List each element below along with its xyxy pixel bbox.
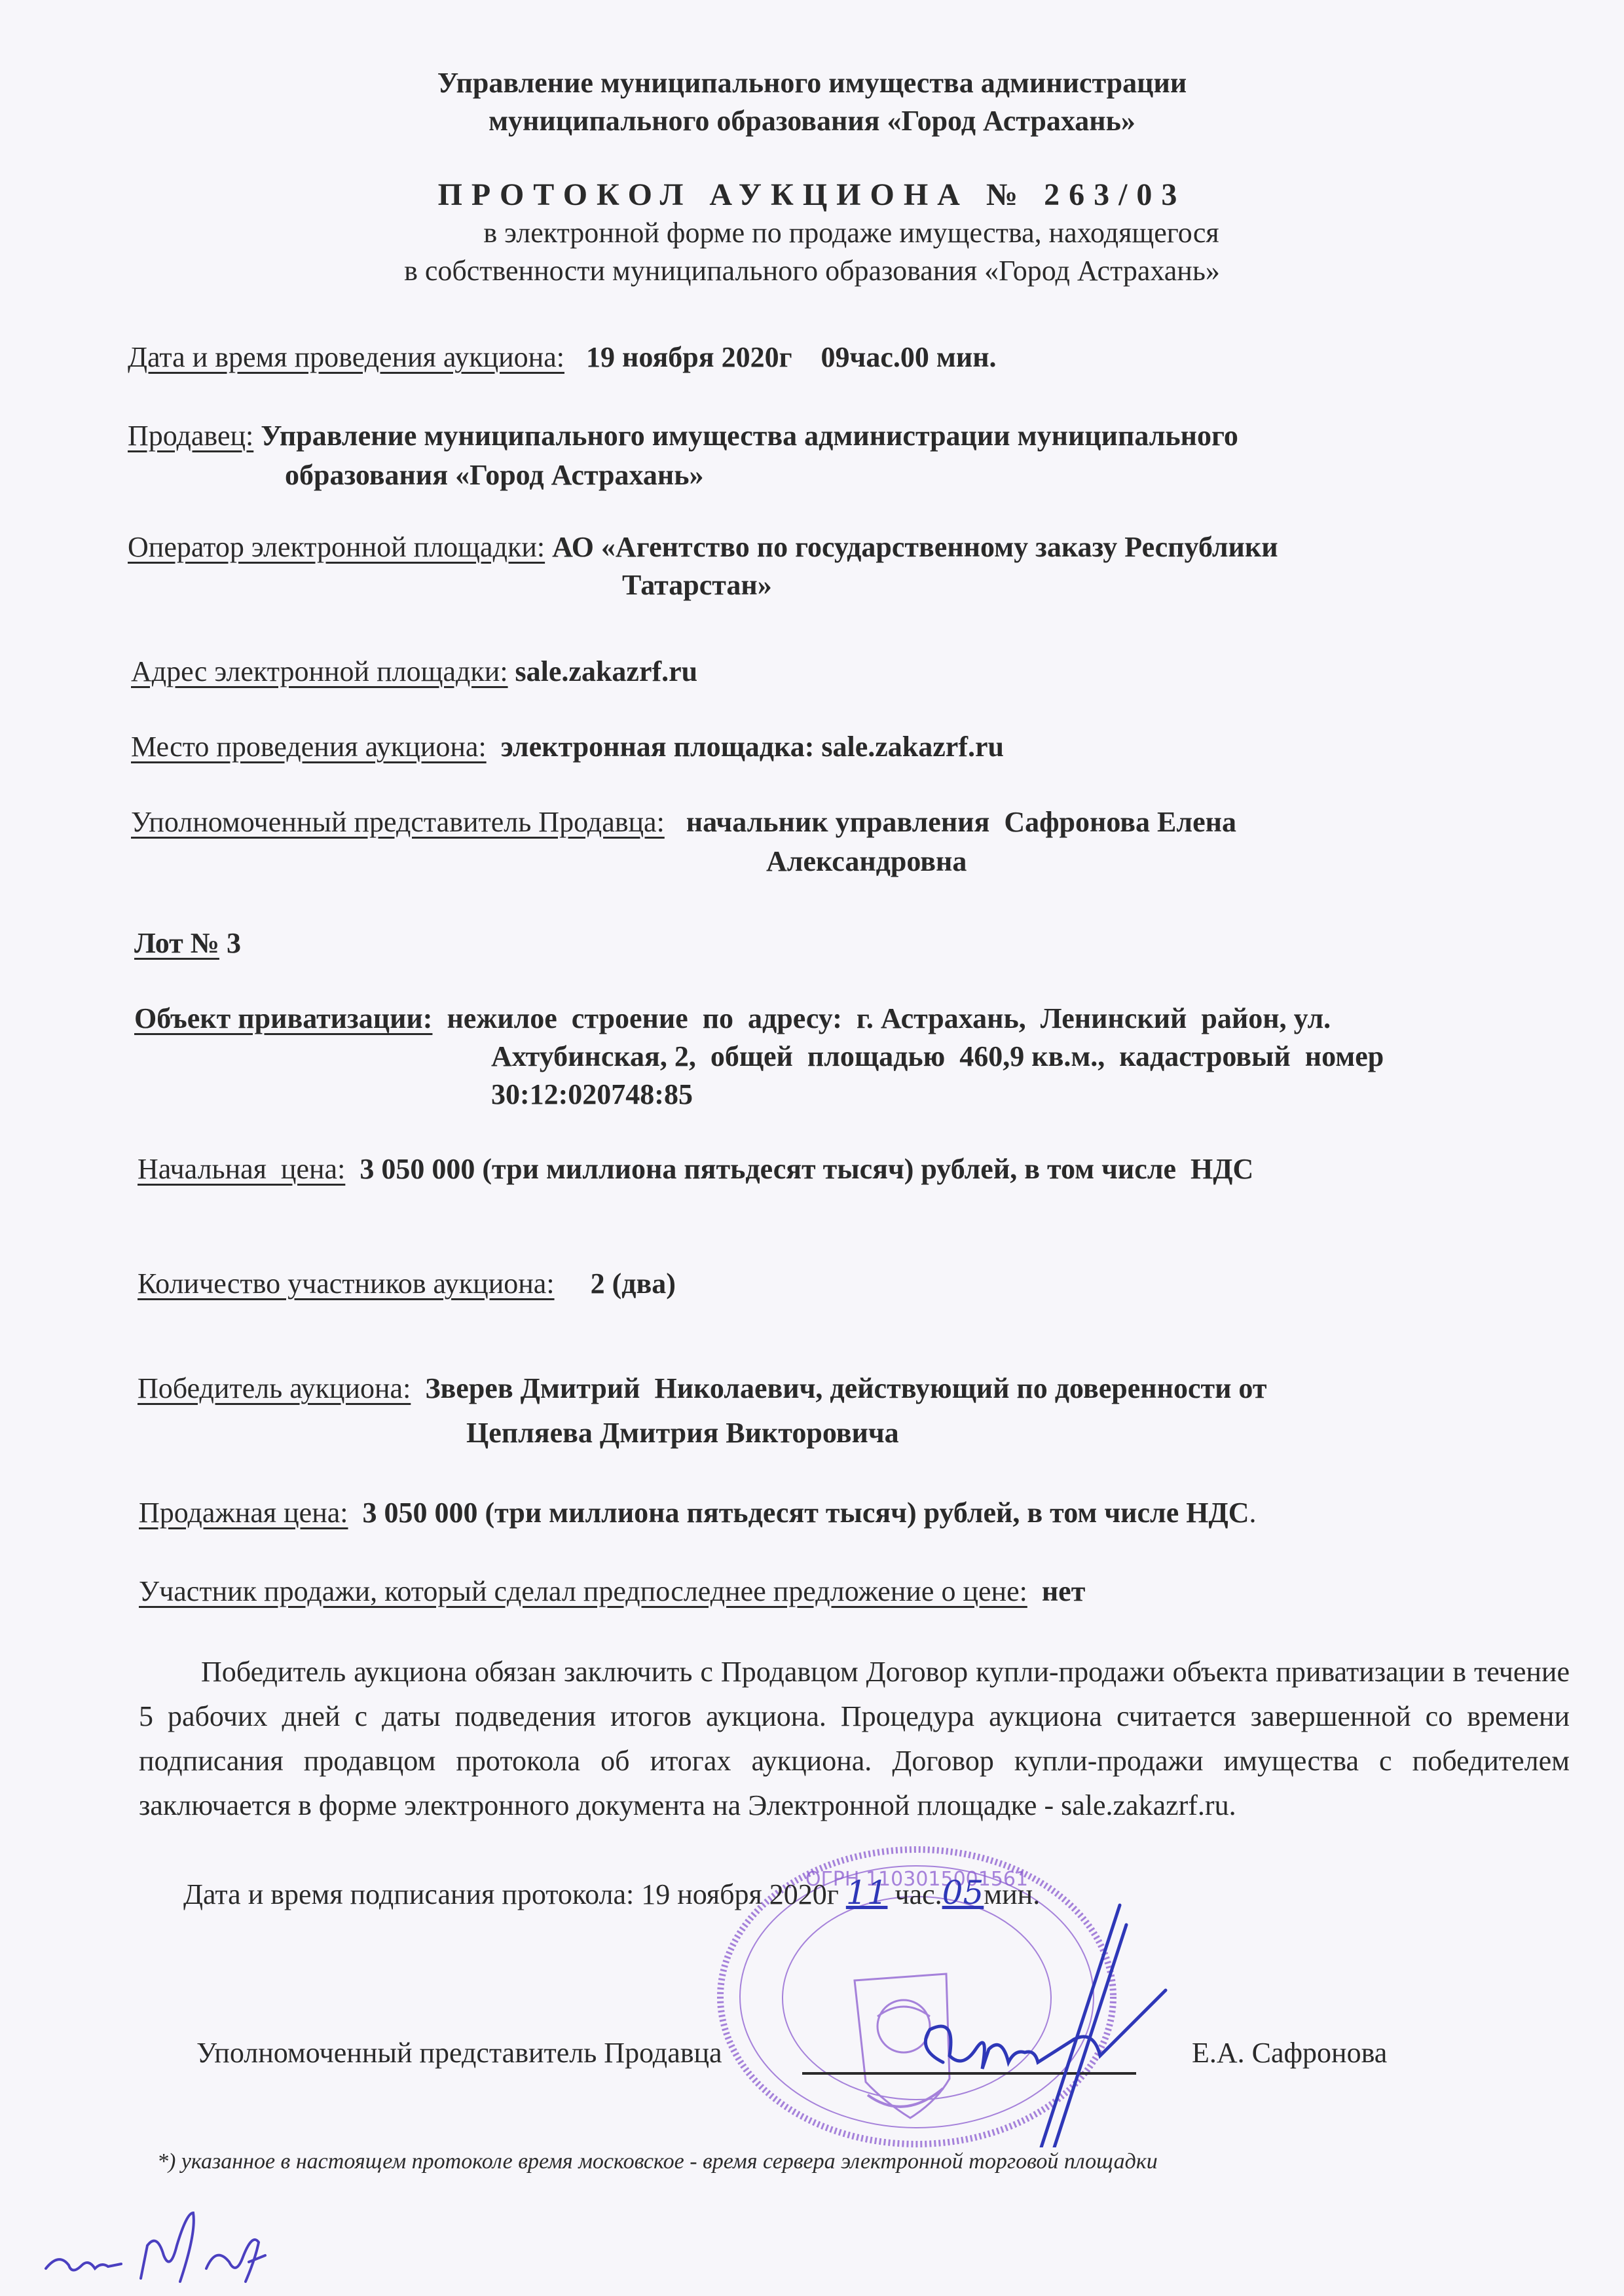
field-auction-date: Дата и время проведения аукциона: 19 ноя… — [128, 340, 997, 374]
operator-value-line2: Татарстан» — [622, 568, 772, 602]
object-label: Объект приватизации: — [134, 1002, 432, 1034]
auction-date-value: 19 ноября 2020г 09час.00 мин. — [586, 341, 997, 373]
representative-value-line2: Александровна — [766, 845, 967, 879]
operator-label: Оператор электронной площадки: — [128, 531, 545, 563]
seller-value-line1: Управление муниципального имущества адми… — [261, 420, 1238, 452]
initials-signatures-icon — [33, 2206, 426, 2291]
field-start-price: Начальная цена: 3 050 000 (три миллиона … — [138, 1152, 1253, 1186]
field-auction-place: Место проведения аукциона: электронная п… — [131, 730, 1004, 764]
lot-label: Лот № — [134, 927, 219, 959]
document-title: ПРОТОКОЛ АУКЦИОНА № 263/03 — [0, 177, 1624, 213]
object-cadastral-number: 30:12:020748:85 — [491, 1078, 693, 1112]
start-price-value: 3 050 000 (три миллиона пятьдесят тысяч)… — [360, 1153, 1253, 1185]
obligations-paragraph: Победитель аукциона обязан заключить с П… — [139, 1650, 1570, 1828]
field-privatization-object: Объект приватизации: нежилое строение по… — [134, 1002, 1331, 1036]
field-seller: Продавец: Управление муниципального имущ… — [128, 419, 1238, 453]
subtitle-line1: в электронной форме по продаже имущества… — [39, 216, 1624, 250]
penultimate-value: нет — [1042, 1575, 1086, 1607]
participants-label: Количество участников аукциона: — [138, 1267, 555, 1300]
sale-price-period: . — [1249, 1497, 1257, 1529]
field-participants-count: Количество участников аукциона: 2 (два) — [138, 1267, 676, 1301]
subtitle-line2: в собственности муниципального образован… — [0, 254, 1624, 288]
participants-value: 2 (два) — [591, 1267, 676, 1300]
winner-value-line1: Зверев Дмитрий Николаевич, действующий п… — [425, 1372, 1266, 1404]
penultimate-label: Участник продажи, который сделал предпос… — [139, 1575, 1027, 1607]
object-value-line2: Ахтубинская, 2, общей площадью 460,9 кв.… — [491, 1040, 1384, 1074]
seller-label: Продавец: — [128, 420, 253, 452]
handwritten-signature-icon — [904, 1899, 1179, 2147]
signing-hour-handwritten: 11 — [846, 1874, 888, 1912]
field-lot: Лот № 3 — [134, 926, 241, 960]
operator-value-line1: АО «Агентство по государственному заказу… — [552, 531, 1278, 563]
auction-place-value: электронная площадка: sale.zakazrf.ru — [501, 731, 1004, 763]
platform-address-label: Адрес электронной площадки: — [131, 655, 508, 687]
sale-price-value: 3 050 000 (три миллиона пятьдесят тысяч)… — [363, 1497, 1249, 1529]
signatory-name: Е.А. Сафронова — [1192, 2036, 1387, 2070]
org-name-line1: Управление муниципального имущества адми… — [0, 65, 1624, 101]
platform-address-value: sale.zakazrf.ru — [515, 655, 698, 687]
org-name-line2: муниципального образования «Город Астрах… — [0, 103, 1624, 139]
seller-value-line2: образования «Город Астрахань» — [285, 458, 704, 492]
signature-block-label: Уполномоченный представитель Продавца — [196, 2036, 722, 2070]
representative-value-line1: начальник управления Сафронова Елена — [686, 806, 1236, 838]
auction-place-label: Место проведения аукциона: — [131, 731, 487, 763]
winner-label: Победитель аукциона: — [138, 1372, 411, 1404]
footnote: *) указанное в настоящем протоколе время… — [157, 2149, 1158, 2174]
sale-price-label: Продажная цена: — [139, 1497, 348, 1529]
field-operator: Оператор электронной площадки: АО «Агент… — [128, 530, 1278, 564]
field-winner: Победитель аукциона: Зверев Дмитрий Нико… — [138, 1372, 1266, 1406]
obligations-text: Победитель аукциона обязан заключить с П… — [139, 1656, 1570, 1821]
lot-number: 3 — [227, 927, 241, 959]
auction-date-label: Дата и время проведения аукциона: — [128, 341, 564, 373]
signing-label: Дата и время подписания протокола: 19 но… — [183, 1878, 839, 1910]
field-representative: Уполномоченный представитель Продавца: н… — [131, 805, 1236, 839]
winner-value-line2: Цепляева Дмитрия Викторовича — [466, 1416, 899, 1450]
representative-label: Уполномоченный представитель Продавца: — [131, 806, 665, 838]
field-penultimate-bidder: Участник продажи, который сделал предпос… — [139, 1575, 1085, 1609]
field-sale-price: Продажная цена: 3 050 000 (три миллиона … — [139, 1496, 1257, 1530]
object-value-line1: нежилое строение по адресу: г. Астрахань… — [447, 1002, 1331, 1034]
field-platform-address: Адрес электронной площадки: sale.zakazrf… — [131, 655, 697, 689]
start-price-label: Начальная цена: — [138, 1153, 345, 1185]
